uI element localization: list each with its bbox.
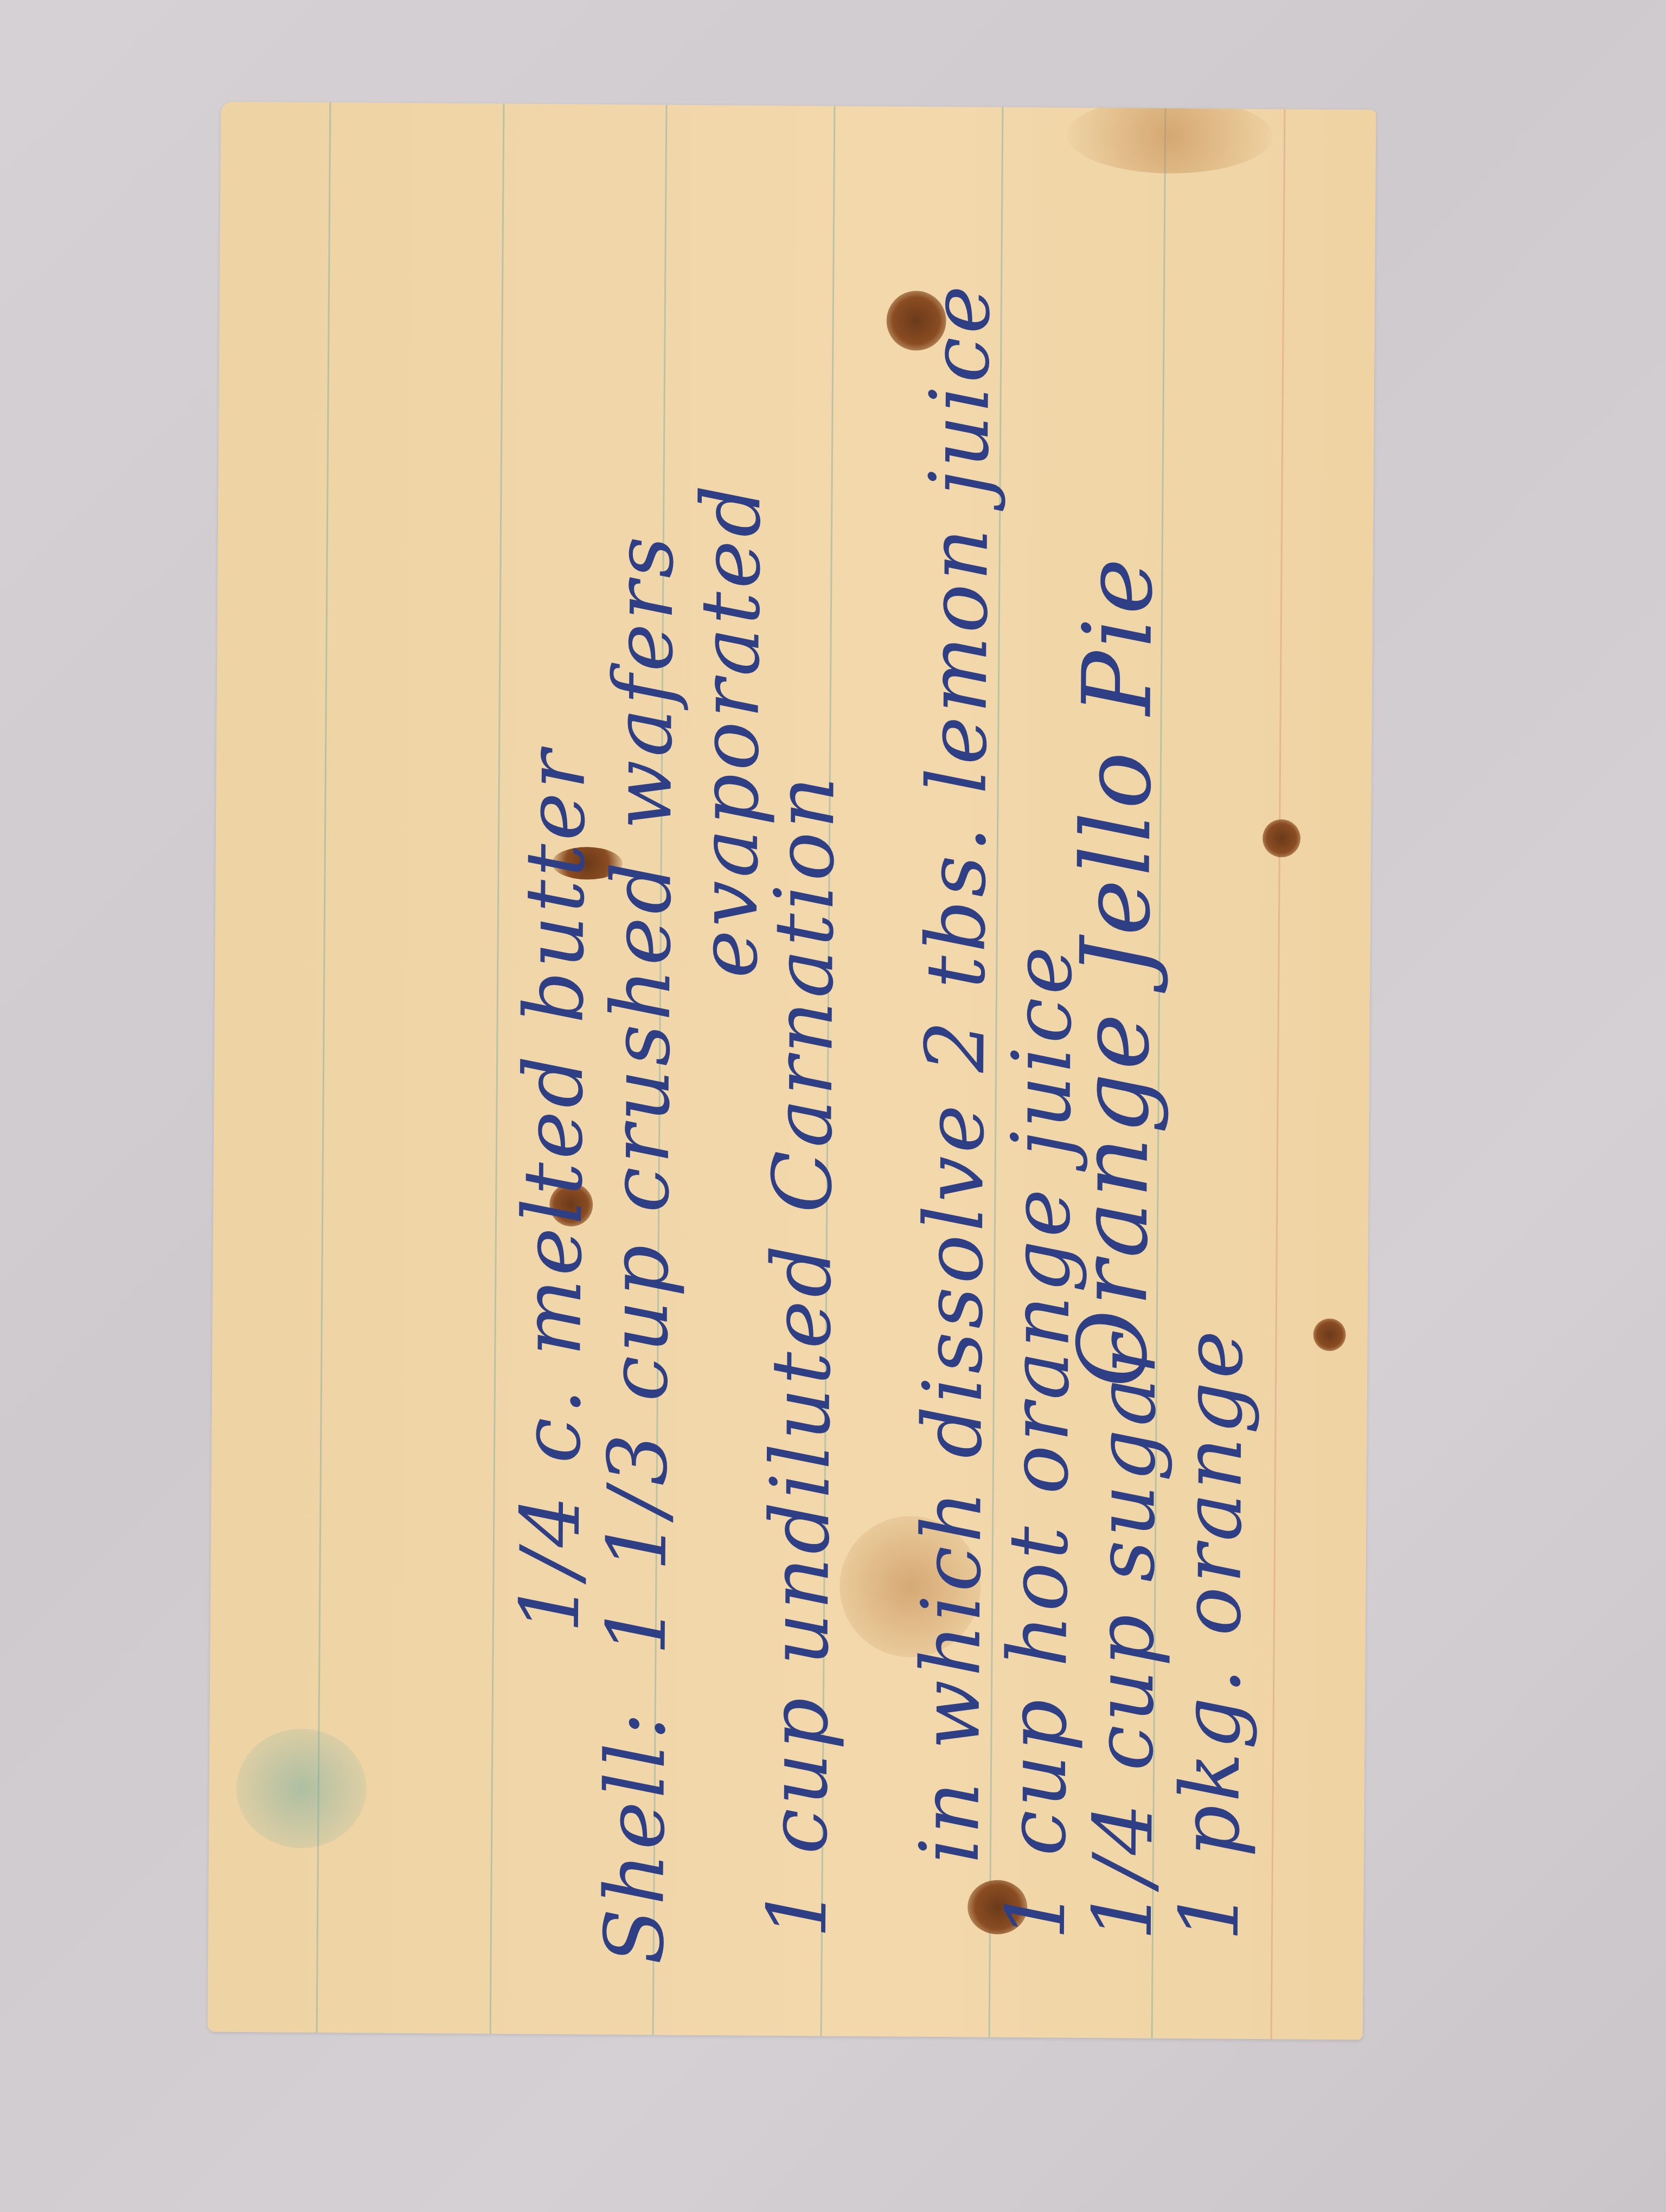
shell-label: Shell:: [587, 1709, 683, 1965]
shell-line: 1 1/3 cup crushed wafers: [589, 533, 691, 1656]
shell-line: 1/4 c. melted butter: [503, 747, 604, 1634]
handwritten-recipe: Orange Jello Pie 1 pkg. orange 1/4 cup s…: [208, 102, 1376, 2040]
ingredient-line: in which dissolve 2 tbs. lemon juice: [903, 282, 1008, 1863]
ingredient-line: evaporated: [681, 481, 779, 979]
recipe-card: Orange Jello Pie 1 pkg. orange 1/4 cup s…: [208, 102, 1376, 2040]
ingredient-line: 1 cup hot orange juice: [989, 943, 1091, 1940]
ingredient-line: 1 pkg. orange: [1163, 1327, 1261, 1941]
ingredient-line: 1/4 cup sugar: [1076, 1332, 1175, 1941]
